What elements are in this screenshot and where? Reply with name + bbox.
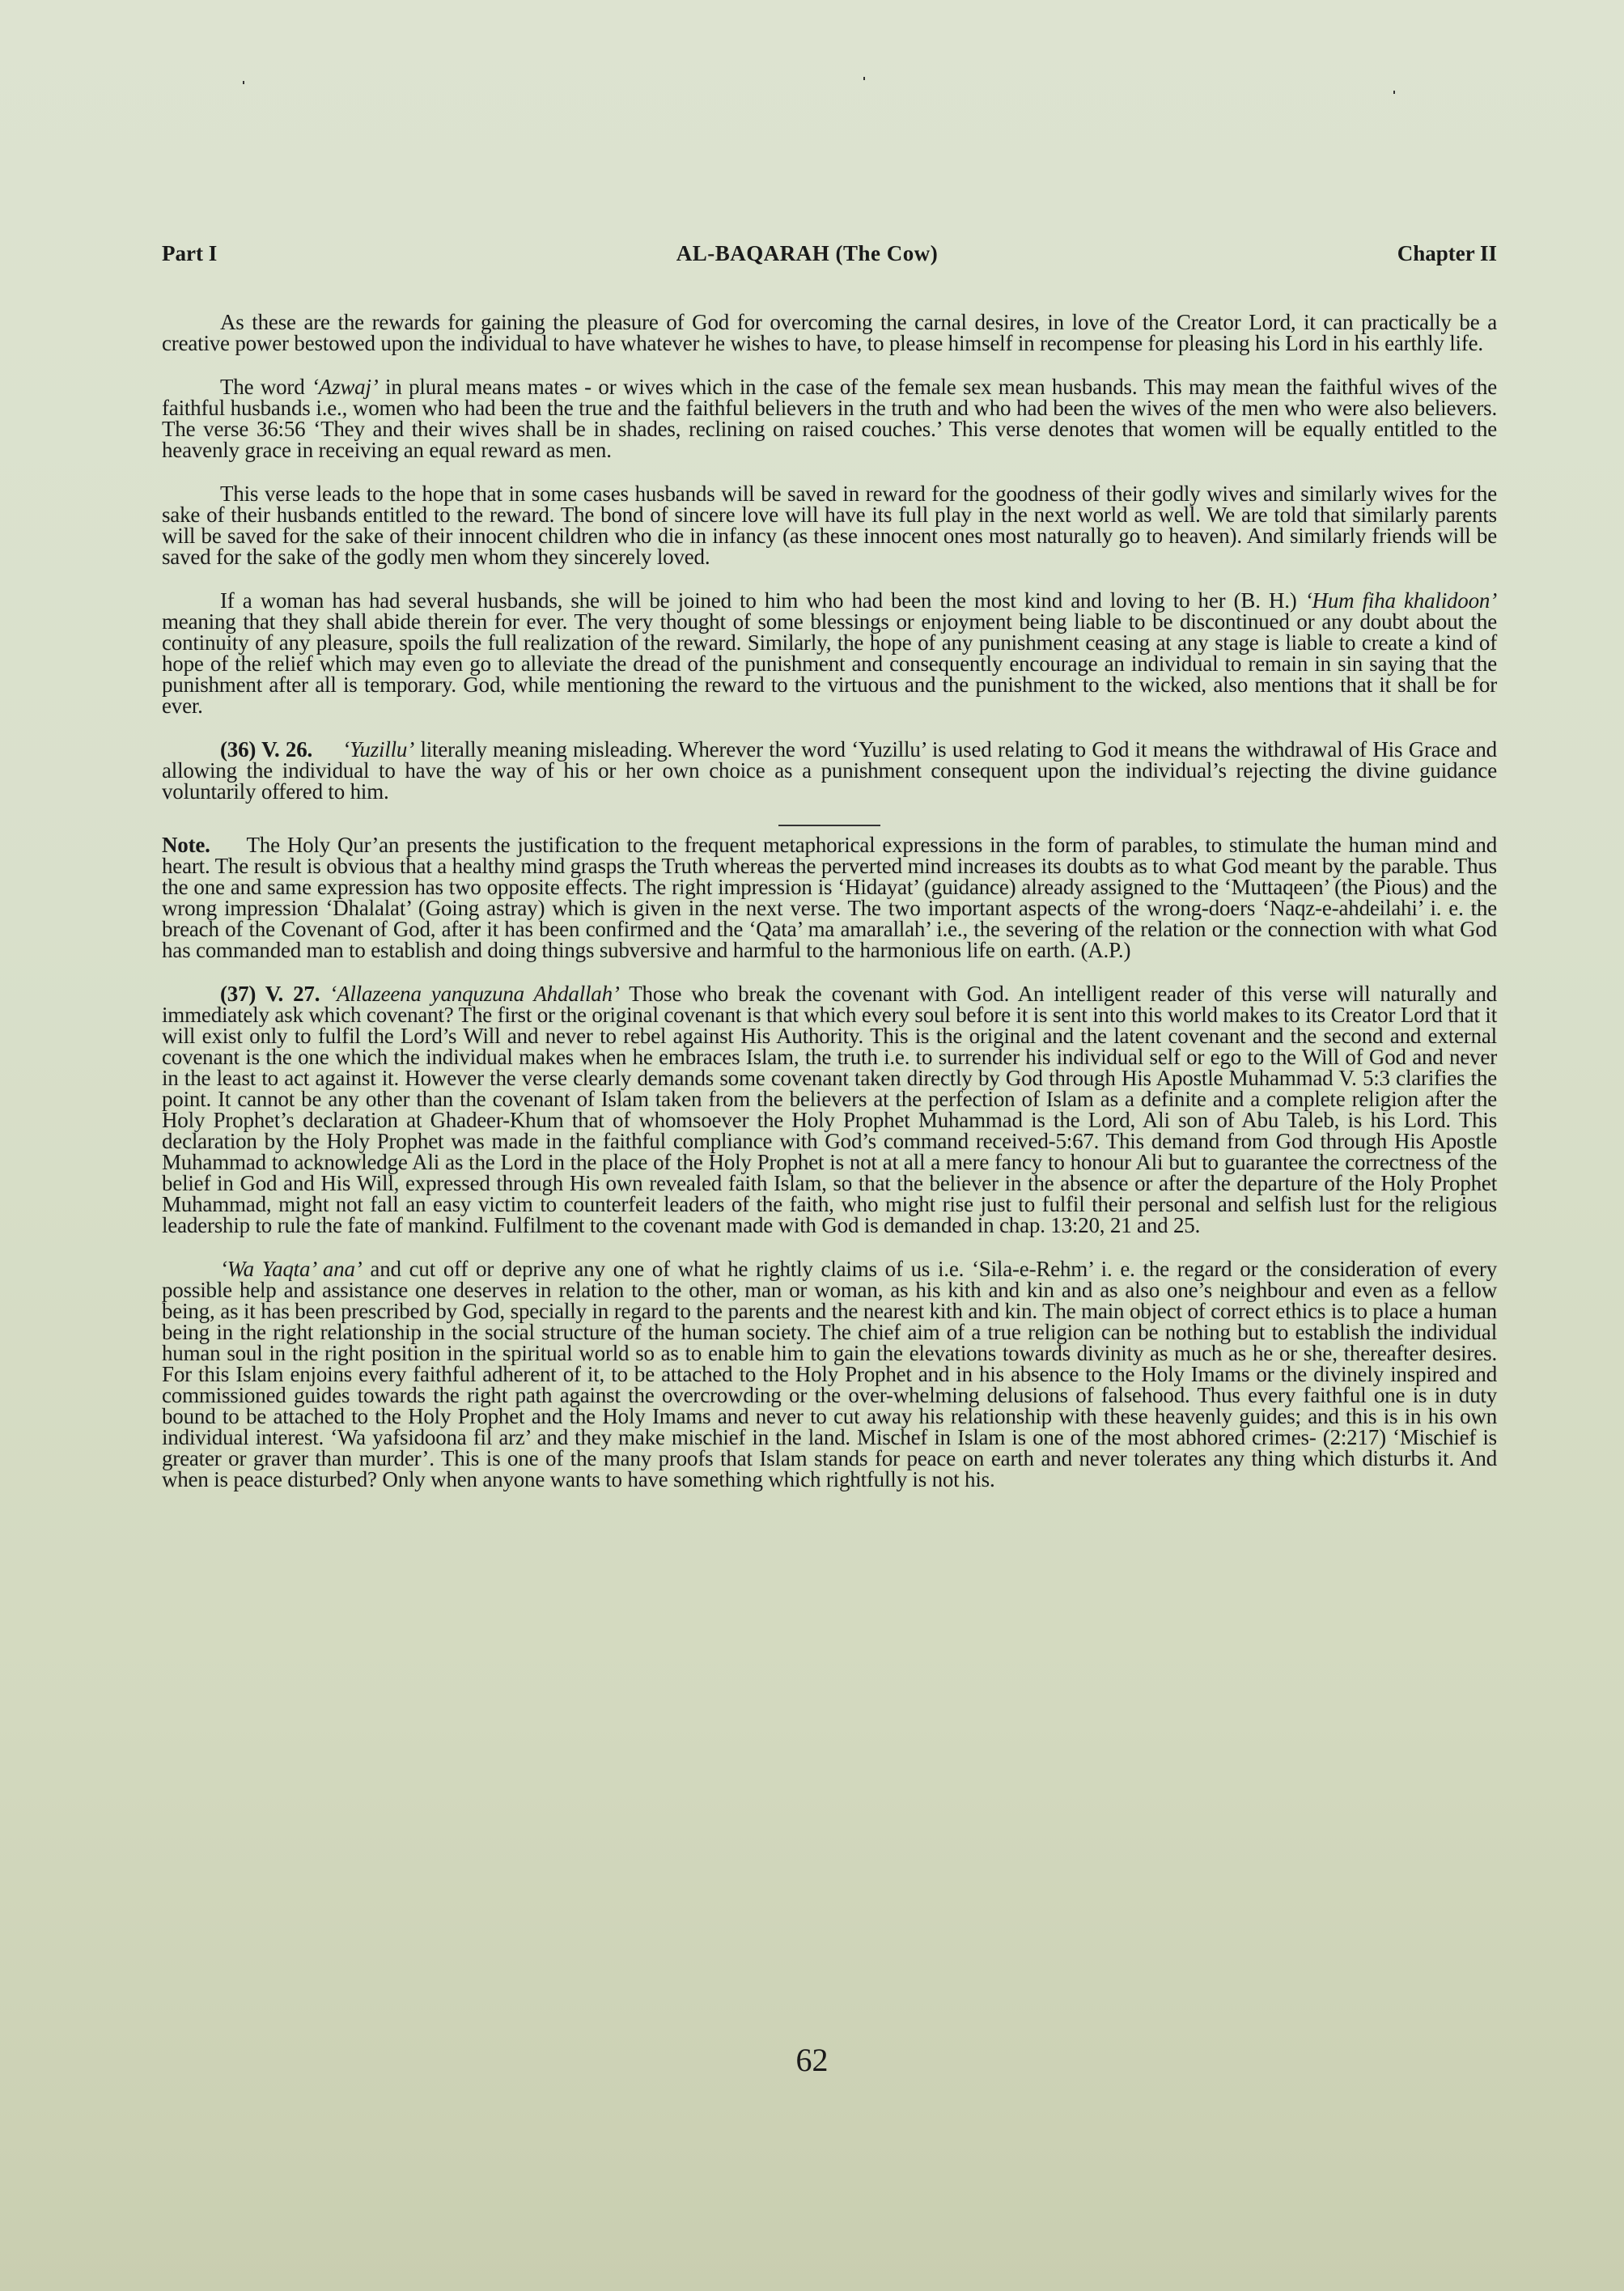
paragraph-text: As these are the rewards for gaining the… (162, 310, 1497, 355)
verse-note-37: (37) V. 27. ‘Allazeena yanquzuna Ahdalla… (162, 983, 1497, 1236)
paragraph-rewards: As these are the rewards for gaining the… (162, 312, 1497, 354)
paragraph-wa-yaqta: ‘Wa Yaqta’ ana’ and cut off or deprive a… (162, 1258, 1497, 1490)
paper-speck (1393, 91, 1395, 94)
paragraph-azwaj: The word ‘Azwaj’ in plural means mates -… (162, 376, 1497, 460)
paragraph-text: Those who break the covenant with God. A… (162, 982, 1497, 1237)
paragraph-hope: This verse leads to the hope that in som… (162, 483, 1497, 567)
paper-speck (243, 81, 244, 84)
chapter-label: Chapter II (1397, 241, 1497, 266)
section-divider (778, 825, 880, 826)
document-page: Part I AL-BAQARAH (The Cow) Chapter II A… (162, 235, 1497, 1512)
paper-speck (863, 77, 865, 80)
note-paragraph: Note. The Holy Qur’an presents the justi… (162, 834, 1497, 961)
paragraph-text: meaning that they shall abide therein fo… (162, 609, 1497, 718)
paragraph-text: and cut off or deprive any one of what h… (162, 1257, 1497, 1491)
paragraph-several-husbands: If a woman has had several husbands, she… (162, 590, 1497, 716)
verse-note-36: (36) V. 26. ‘Yuzillu’ literally meaning … (162, 739, 1497, 802)
surah-title: AL-BAQARAH (The Cow) (676, 241, 939, 266)
paragraph-text: The Holy Qur’an presents the justificati… (162, 833, 1497, 962)
page-number: 62 (0, 2041, 1624, 2079)
running-header: Part I AL-BAQARAH (The Cow) Chapter II (162, 235, 1497, 266)
paragraph-text: This verse leads to the hope that in som… (162, 482, 1497, 569)
part-label: Part I (162, 241, 217, 266)
